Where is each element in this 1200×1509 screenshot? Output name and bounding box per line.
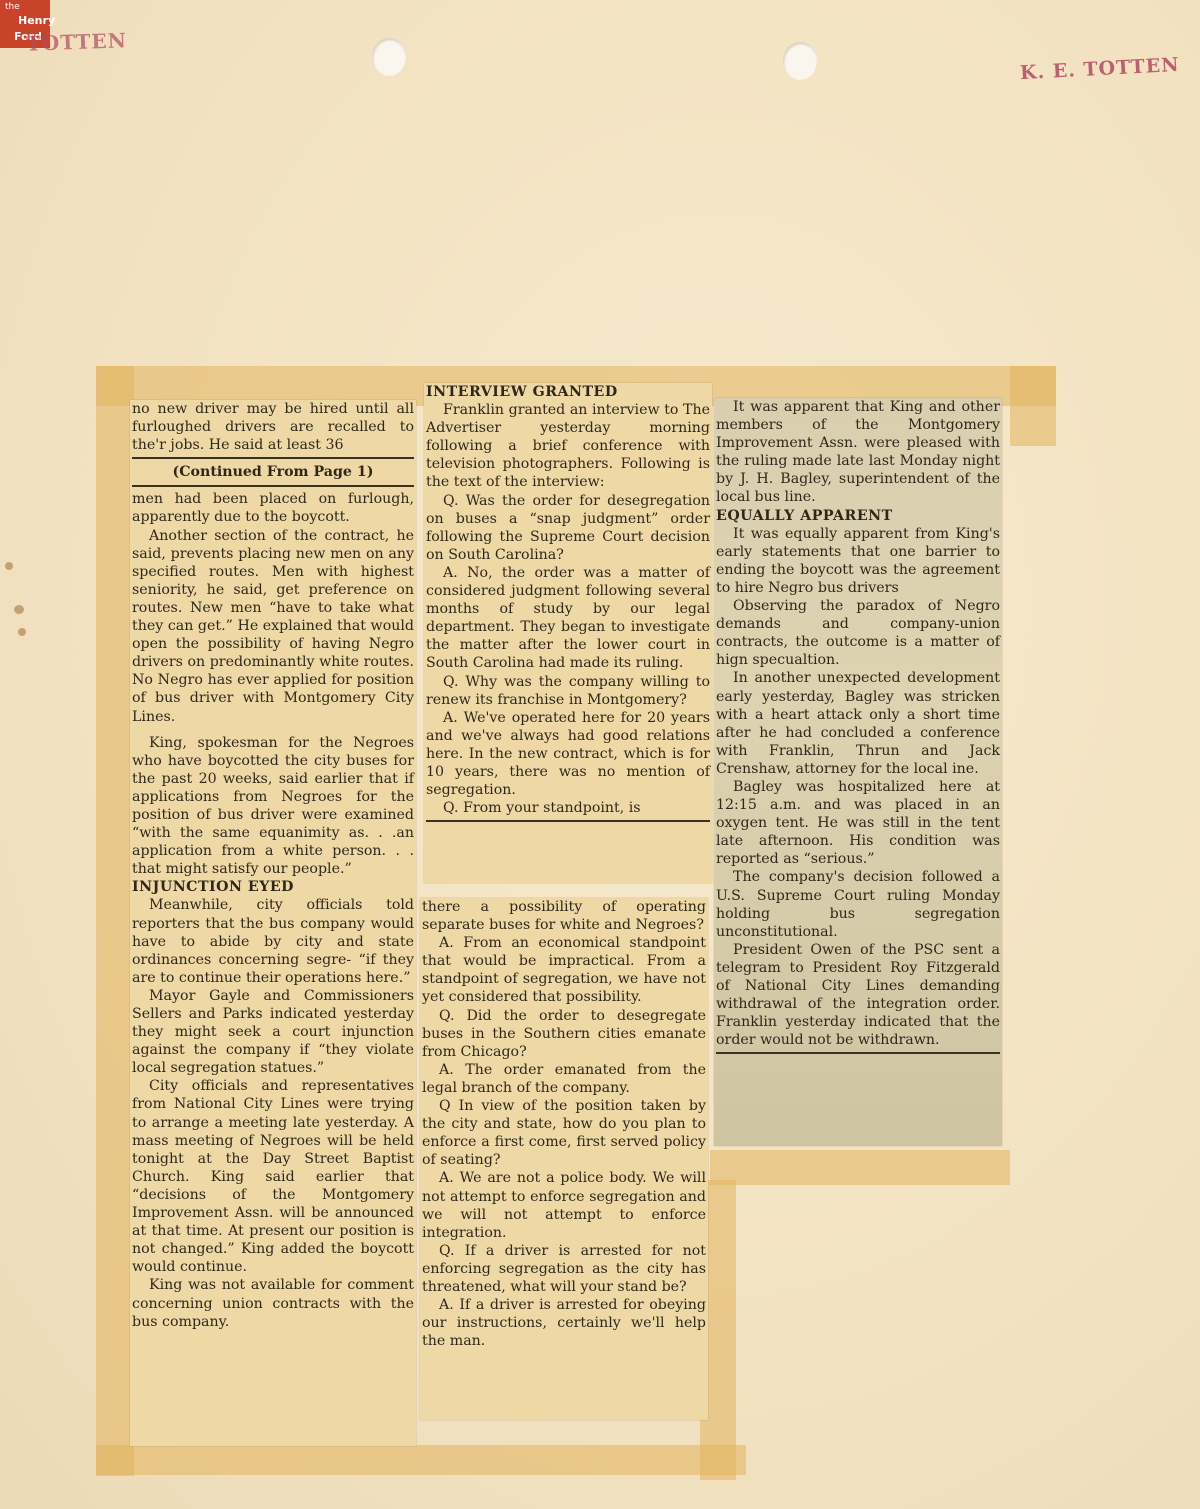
logo-the: the (5, 3, 20, 12)
divider-rule (426, 820, 710, 822)
column2-lower-paragraph: A. The order emanated from the legal bra… (422, 1061, 706, 1097)
stain-mark (14, 605, 24, 614)
column3-paragraph: Bagley was hospitalized here at 12:15 a.… (716, 778, 1000, 868)
column3-paragraph: Observing the paradox of Negro demands a… (716, 597, 1000, 669)
continued-label: (Continued From Page 1) (132, 463, 414, 481)
column2-lower-paragraph: Q. Did the order to desegregate buses in… (422, 1007, 706, 1061)
tape-strip-bottom (96, 1445, 746, 1475)
clipping-column-3: It was apparent that King and other memb… (714, 398, 1002, 1146)
column3-paragraph: It was apparent that King and other memb… (716, 398, 1000, 507)
column2-lower-paragraph: Q. If a driver is arrested for not enfor… (422, 1242, 706, 1296)
subhead-interview-granted: INTERVIEW GRANTED (426, 383, 710, 401)
divider-rule (132, 485, 414, 487)
stamp-totten-left: TOTTEN (26, 28, 128, 56)
clipping-column-1: no new driver may be hired until all fur… (130, 400, 416, 1446)
column2-lower-paragraph: A. From an economical standpoint that wo… (422, 934, 706, 1006)
column2-lower-paragraph: A. We are not a police body. We will not… (422, 1169, 706, 1241)
column2-paragraph: A. No, the order was a matter of conside… (426, 564, 710, 673)
subhead-injunction-eyed: INJUNCTION EYED (132, 878, 414, 896)
stain-mark (5, 562, 13, 570)
column1-top-paragraph: no new driver may be hired until all fur… (132, 400, 414, 454)
column1-paragraph: Meanwhile, city officials told reporters… (132, 896, 414, 986)
column3-paragraph: In another unexpected development early … (716, 669, 1000, 778)
column3-paragraph: The company's decision followed a U.S. S… (716, 868, 1000, 940)
subhead-equally-apparent: EQUALLY APPARENT (716, 507, 1000, 525)
divider-rule (132, 457, 414, 459)
logo-henry: Henry (18, 15, 55, 26)
column2-paragraph: Q. Why was the company willing to renew … (426, 673, 710, 709)
tape-strip-right (1010, 366, 1056, 446)
column1-paragraph: Another section of the contract, he said… (132, 527, 414, 726)
column1-paragraph: King, spokesman for the Negroes who have… (132, 734, 414, 879)
stain-mark (18, 628, 26, 636)
column1-paragraph: men had been placed on furlough, apparen… (132, 490, 414, 526)
column3-paragraph: President Owen of the PSC sent a telegra… (716, 941, 1000, 1050)
divider-rule (716, 1052, 1000, 1054)
tape-strip-mid (710, 1150, 1010, 1185)
tape-strip-left (96, 366, 134, 1476)
column2-paragraph: Q. Was the order for desegregation on bu… (426, 492, 710, 564)
column2-lower-paragraph: A. If a driver is arrested for obeying o… (422, 1296, 706, 1350)
column2-lower-paragraph: there a possibility of operating separat… (422, 898, 706, 934)
column1-paragraph: City officials and representatives from … (132, 1077, 414, 1276)
clipping-column-2-lower: there a possibility of operating separat… (420, 898, 708, 1420)
column2-paragraph: Franklin granted an interview to The Adv… (426, 401, 710, 491)
column3-paragraph: It was equally apparent from King's earl… (716, 525, 1000, 597)
stamp-ke-totten: K. E. TOTTEN (1020, 54, 1181, 84)
column2-lower-paragraph: Q In view of the position taken by the c… (422, 1097, 706, 1169)
column1-paragraph: Mayor Gayle and Commissioners Sellers an… (132, 987, 414, 1077)
punch-hole-right (783, 42, 817, 80)
column2-paragraph: Q. From your standpoint, is (426, 799, 710, 817)
column2-paragraph: A. We've operated here for 20 years and … (426, 709, 710, 799)
scrapbook-page: the Henry Ford TOTTEN K. E. TOTTEN no ne… (0, 0, 1200, 1509)
column1-paragraph: King was not available for comment conce… (132, 1276, 414, 1330)
punch-hole-left (372, 38, 406, 76)
clipping-column-2-upper: INTERVIEW GRANTED Franklin granted an in… (424, 383, 712, 883)
